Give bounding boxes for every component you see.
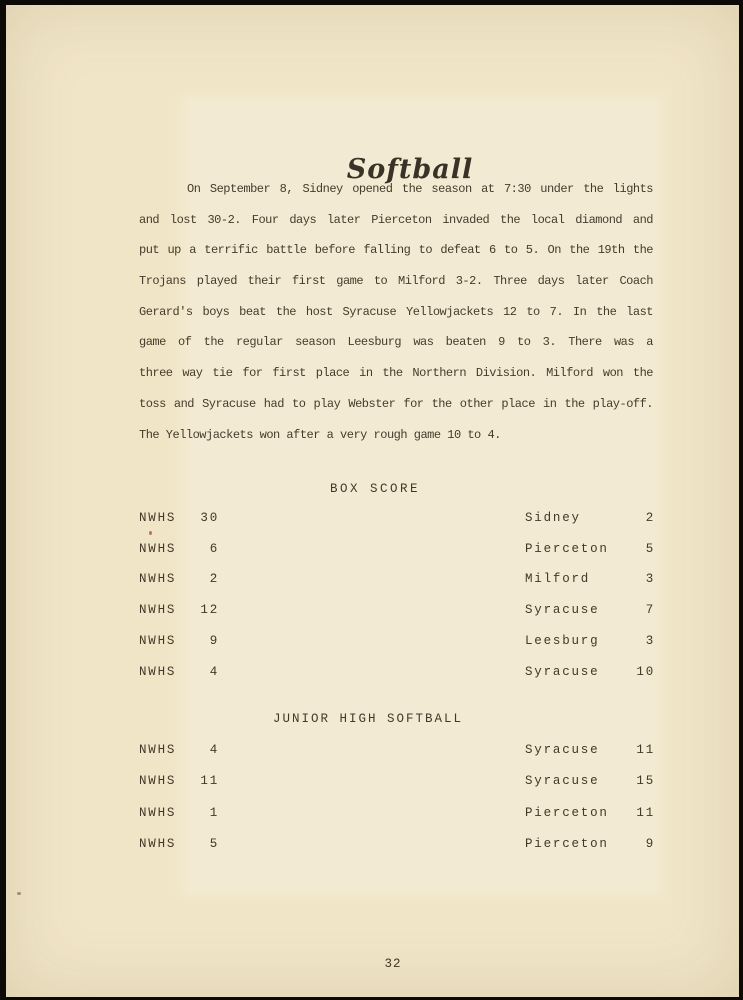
home-team: NWHS xyxy=(139,572,176,586)
home-score: 11 xyxy=(185,774,219,788)
home-team: NWHS xyxy=(139,603,176,617)
opponent-team: Pierceton xyxy=(525,542,609,556)
junior-high-heading: JUNIOR HIGH SOFTBALL xyxy=(88,712,648,726)
score-row: NWHS9Leesburg3 xyxy=(139,634,655,665)
box-score-table: NWHS30Sidney2NWHS6Pierceton5NWHS2Milford… xyxy=(139,511,655,695)
score-row: NWHS4Syracuse10 xyxy=(139,665,655,696)
opponent-team: Syracuse xyxy=(525,665,599,679)
home-score: 5 xyxy=(185,837,219,851)
home-team: NWHS xyxy=(139,743,176,757)
home-team: NWHS xyxy=(139,774,176,788)
season-summary-paragraph: On September 8, Sidney opened the season… xyxy=(139,182,653,458)
page-title: Softball xyxy=(150,154,670,185)
home-score: 30 xyxy=(185,511,219,525)
scan-speck xyxy=(17,892,21,895)
opponent-team: Pierceton xyxy=(525,806,609,820)
opponent-team: Leesburg xyxy=(525,634,599,648)
opponent-team: Pierceton xyxy=(525,837,609,851)
home-team: NWHS xyxy=(139,665,176,679)
page-number: 32 xyxy=(350,957,436,971)
opponent-team: Milford xyxy=(525,572,590,586)
score-row: NWHS5Pierceton9 xyxy=(139,837,655,868)
paragraph-line: On September 8, Sidney opened the season… xyxy=(139,182,653,213)
opponent-score: 3 xyxy=(627,572,655,586)
paragraph-line: Gerard's boys beat the host Syracuse Yel… xyxy=(139,305,653,336)
score-row: NWHS30Sidney2 xyxy=(139,511,655,542)
paragraph-line: toss and Syracuse had to play Webster fo… xyxy=(139,397,653,428)
opponent-score: 11 xyxy=(627,743,655,757)
home-team: NWHS xyxy=(139,542,176,556)
score-row: NWHS4Syracuse11 xyxy=(139,743,655,774)
home-team: NWHS xyxy=(139,634,176,648)
opponent-score: 10 xyxy=(627,665,655,679)
paragraph-line: and lost 30-2. Four days later Pierceton… xyxy=(139,213,653,244)
opponent-score: 5 xyxy=(627,542,655,556)
home-score: 2 xyxy=(185,572,219,586)
home-team: NWHS xyxy=(139,806,176,820)
opponent-team: Syracuse xyxy=(525,603,599,617)
junior-high-table: NWHS4Syracuse11NWHS11Syracuse15NWHS1Pier… xyxy=(139,743,655,868)
opponent-team: Sidney xyxy=(525,511,581,525)
paragraph-line: three way tie for first place in the Nor… xyxy=(139,366,653,397)
opponent-score: 15 xyxy=(627,774,655,788)
score-row: NWHS6Pierceton5 xyxy=(139,542,655,573)
score-row: NWHS2Milford3 xyxy=(139,572,655,603)
paragraph-line: Trojans played their first game to Milfo… xyxy=(139,274,653,305)
scan-speck xyxy=(149,531,152,535)
score-row: NWHS12Syracuse7 xyxy=(139,603,655,634)
opponent-score: 3 xyxy=(627,634,655,648)
opponent-team: Syracuse xyxy=(525,743,599,757)
paragraph-line: put up a terrific battle before falling … xyxy=(139,243,653,274)
opponent-team: Syracuse xyxy=(525,774,599,788)
score-row: NWHS11Syracuse15 xyxy=(139,774,655,805)
home-team: NWHS xyxy=(139,511,176,525)
box-score-heading: BOX SCORE xyxy=(95,482,655,496)
scanned-yearbook-page: Softball On September 8, Sidney opened t… xyxy=(0,0,743,1000)
home-score: 4 xyxy=(185,743,219,757)
home-score: 6 xyxy=(185,542,219,556)
home-score: 4 xyxy=(185,665,219,679)
opponent-score: 9 xyxy=(627,837,655,851)
score-row: NWHS1Pierceton11 xyxy=(139,806,655,837)
paragraph-line: game of the regular season Leesburg was … xyxy=(139,335,653,366)
opponent-score: 2 xyxy=(627,511,655,525)
home-score: 9 xyxy=(185,634,219,648)
home-team: NWHS xyxy=(139,837,176,851)
home-score: 1 xyxy=(185,806,219,820)
home-score: 12 xyxy=(185,603,219,617)
paragraph-line: The Yellowjackets won after a very rough… xyxy=(139,428,653,459)
opponent-score: 11 xyxy=(627,806,655,820)
opponent-score: 7 xyxy=(627,603,655,617)
